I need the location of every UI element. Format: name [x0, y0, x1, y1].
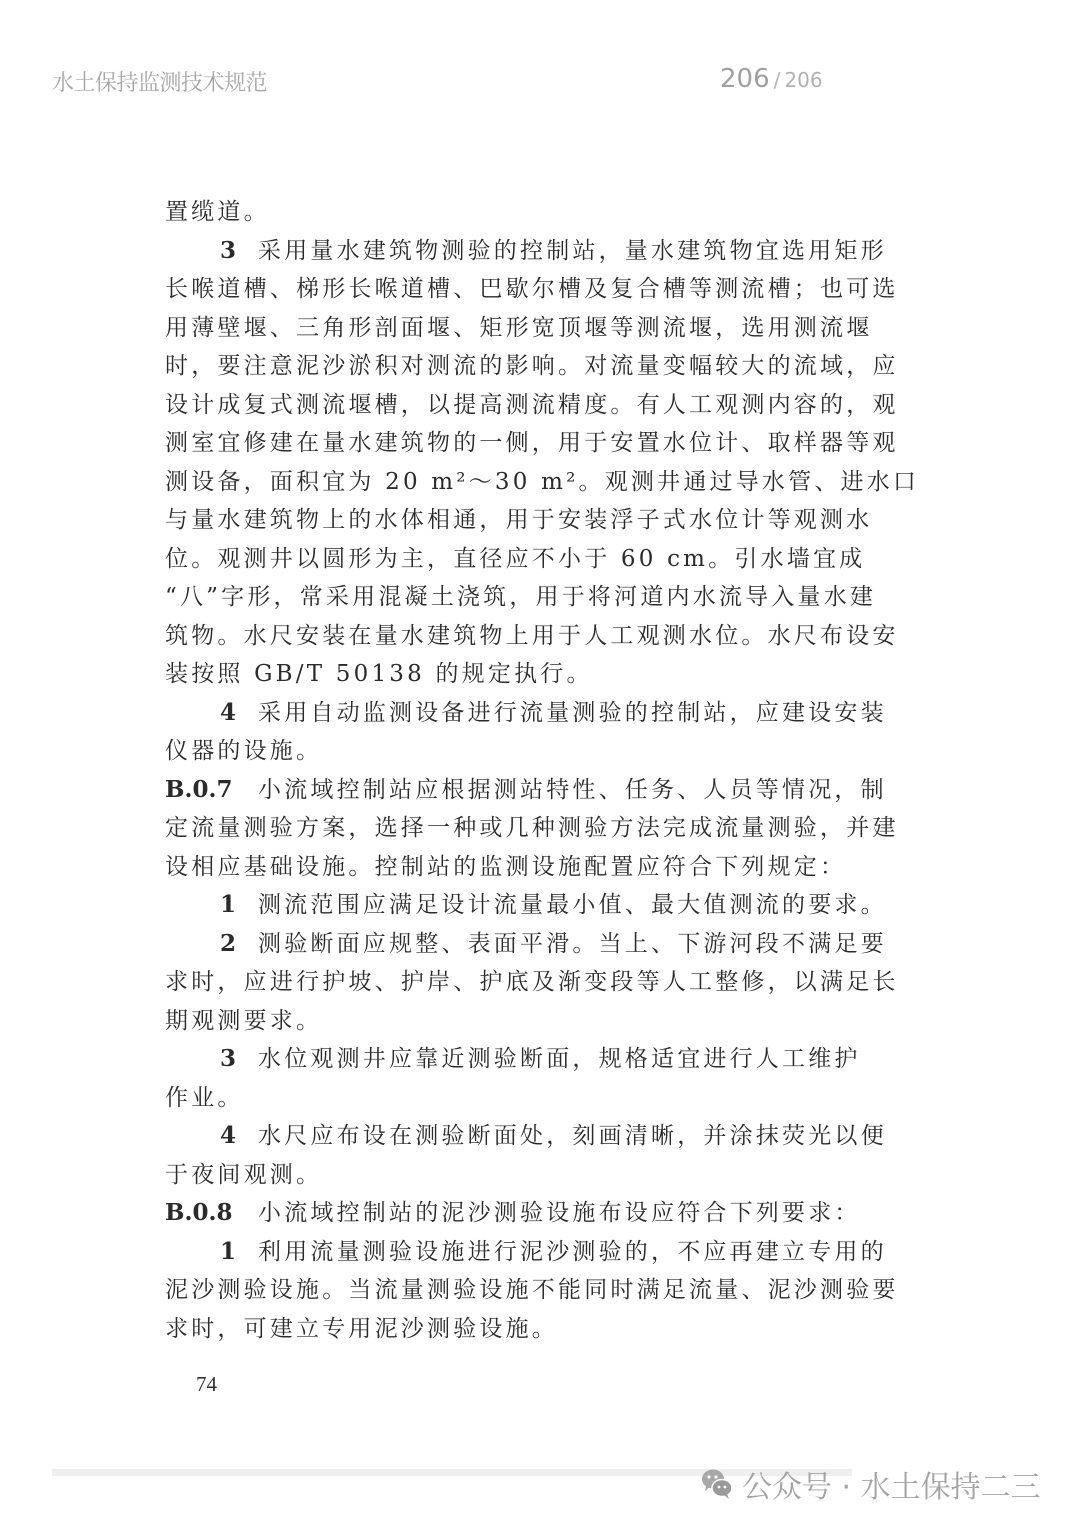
line-text: 测流范围应满足设计流量最小值、最大值测流的要求。 — [258, 892, 887, 918]
line-text: 求时，应进行护坡、护岸、护底及渐变段等人工整修，以满足长 — [165, 969, 899, 995]
text-line: 定流量测验方案，选择一种或几种测验方法完成流量测验，并建 — [165, 809, 890, 848]
text-line: 设相应基础设施。控制站的监测设施配置应符合下列规定： — [165, 848, 890, 887]
line-text: 时，要注意泥沙淤积对测流的影响。对流量变幅较大的流域，应 — [165, 353, 899, 379]
item-number: 2 — [220, 925, 258, 964]
watermark-text: 公众号 · 水土保持二三 — [742, 1462, 1041, 1506]
item-number: 3 — [220, 1040, 258, 1079]
viewer-header: 水土保持监测技术规范 206/206 — [0, 0, 1080, 140]
line-text: 于夜间观测。 — [165, 1162, 322, 1188]
line-text: 长喉道槽、梯形长喉道槽、巴歇尔槽及复合槽等测流槽；也可选 — [165, 276, 899, 302]
text-line: 置缆道。 — [165, 193, 890, 232]
wechat-watermark: 公众号 · 水土保持二三 — [700, 1462, 1041, 1506]
item-number: 3 — [220, 232, 258, 271]
item-number: 4 — [220, 694, 258, 733]
text-line: B.0.8小流域控制站的泥沙测验设施布设应符合下列要求： — [165, 1194, 890, 1233]
text-line: 求时，可建立专用泥沙测验设施。 — [165, 1310, 890, 1349]
line-text: 水尺应布设在测验断面处，刻画清晰，并涂抹荧光以便 — [258, 1123, 887, 1149]
line-text: 筑物。水尺安装在量水建筑物上用于人工观测水位。水尺布设安 — [165, 623, 899, 649]
text-line: 时，要注意泥沙淤积对测流的影响。对流量变幅较大的流域，应 — [165, 347, 890, 386]
wechat-icon — [700, 1467, 734, 1501]
text-line: 测室宜修建在量水建筑物的一侧，用于安置水位计、取样器等观 — [165, 424, 890, 463]
total-pages: 206 — [784, 68, 822, 92]
item-number: 1 — [220, 1233, 258, 1272]
text-line: 1测流范围应满足设计流量最小值、最大值测流的要求。 — [165, 886, 890, 925]
line-text: 采用自动监测设备进行流量测验的控制站，应建设安装 — [258, 700, 887, 726]
text-line: 作业。 — [165, 1079, 890, 1118]
document-page-body: 置缆道。3采用量水建筑物测验的控制站，量水建筑物宜选用矩形长喉道槽、梯形长喉道槽… — [165, 193, 890, 1348]
line-text: 置缆道。 — [165, 199, 270, 225]
text-line: 3采用量水建筑物测验的控制站，量水建筑物宜选用矩形 — [165, 232, 890, 271]
document-title: 水土保持监测技术规范 — [52, 66, 267, 97]
line-text: 装按照 GB/T 50138 的规定执行。 — [165, 661, 593, 687]
text-line: 3水位观测井应靠近测验断面，规格适宜进行人工维护 — [165, 1040, 890, 1079]
page-folio-number: 74 — [196, 1372, 217, 1397]
line-text: “八”字形，常采用混凝土浇筑，用于将河道内水流导入量水建 — [165, 584, 876, 610]
line-text: 测验断面应规整、表面平滑。当上、下游河段不满足要 — [258, 931, 887, 957]
line-text: 测设备，面积宜为 20 m²～30 m²。观测井通过导水管、进水口 — [165, 469, 919, 495]
line-text: 利用流量测验设施进行泥沙测验的，不应再建立专用的 — [258, 1239, 887, 1265]
text-line: 求时，应进行护坡、护岸、护底及渐变段等人工整修，以满足长 — [165, 963, 890, 1002]
line-text: 小流域控制站的泥沙测验设施布设应符合下列要求： — [258, 1200, 861, 1226]
line-text: 期观测要求。 — [165, 1008, 322, 1034]
line-text: 采用量水建筑物测验的控制站，量水建筑物宜选用矩形 — [258, 238, 887, 264]
text-line: 用薄壁堰、三角形剖面堰、矩形宽顶堰等测流堰，选用测流堰 — [165, 309, 890, 348]
text-line: 位。观测井以圆形为主，直径应不小于 60 cm。引水墙宜成 — [165, 540, 890, 579]
page-counter: 206/206 — [720, 64, 823, 94]
clause-number: B.0.8 — [165, 1194, 258, 1233]
line-text: 求时，可建立专用泥沙测验设施。 — [165, 1316, 558, 1342]
line-text: 设相应基础设施。控制站的监测设施配置应符合下列规定： — [165, 854, 846, 880]
line-text: 仪器的设施。 — [165, 738, 322, 764]
line-text: 设计成复式测流堰槽，以提高测流精度。有人工观测内容的，观 — [165, 392, 899, 418]
text-line: 4采用自动监测设备进行流量测验的控制站，应建设安装 — [165, 694, 890, 733]
text-line: 长喉道槽、梯形长喉道槽、巴歇尔槽及复合槽等测流槽；也可选 — [165, 270, 890, 309]
line-text: 泥沙测验设施。当流量测验设施不能同时满足流量、泥沙测验要 — [165, 1277, 899, 1303]
text-line: 1利用流量测验设施进行泥沙测验的，不应再建立专用的 — [165, 1233, 890, 1272]
text-line: 4水尺应布设在测验断面处，刻画清晰，并涂抹荧光以便 — [165, 1117, 890, 1156]
current-page-number: 206 — [720, 64, 770, 94]
line-text: 小流域控制站应根据测站特性、任务、人员等情况，制 — [258, 777, 887, 803]
text-line: 于夜间观测。 — [165, 1156, 890, 1195]
clause-number: B.0.7 — [165, 771, 258, 810]
line-text: 用薄壁堰、三角形剖面堰、矩形宽顶堰等测流堰，选用测流堰 — [165, 315, 872, 341]
text-line: “八”字形，常采用混凝土浇筑，用于将河道内水流导入量水建 — [165, 578, 890, 617]
line-text: 作业。 — [165, 1085, 244, 1111]
page-separator: / — [774, 68, 781, 92]
item-number: 4 — [220, 1117, 258, 1156]
text-line: 装按照 GB/T 50138 的规定执行。 — [165, 655, 890, 694]
line-text: 测室宜修建在量水建筑物的一侧，用于安置水位计、取样器等观 — [165, 430, 899, 456]
text-line: B.0.7小流域控制站应根据测站特性、任务、人员等情况，制 — [165, 771, 890, 810]
text-line: 筑物。水尺安装在量水建筑物上用于人工观测水位。水尺布设安 — [165, 617, 890, 656]
text-line: 测设备，面积宜为 20 m²～30 m²。观测井通过导水管、进水口 — [165, 463, 890, 502]
text-line: 设计成复式测流堰槽，以提高测流精度。有人工观测内容的，观 — [165, 386, 890, 425]
text-line: 期观测要求。 — [165, 1002, 890, 1041]
line-text: 定流量测验方案，选择一种或几种测验方法完成流量测验，并建 — [165, 815, 899, 841]
line-text: 水位观测井应靠近测验断面，规格适宜进行人工维护 — [258, 1046, 861, 1072]
text-line: 2测验断面应规整、表面平滑。当上、下游河段不满足要 — [165, 925, 890, 964]
text-line: 泥沙测验设施。当流量测验设施不能同时满足流量、泥沙测验要 — [165, 1271, 890, 1310]
line-text: 与量水建筑物上的水体相通，用于安装浮子式水位计等观测水 — [165, 507, 872, 533]
text-line: 与量水建筑物上的水体相通，用于安装浮子式水位计等观测水 — [165, 501, 890, 540]
text-line: 仪器的设施。 — [165, 732, 890, 771]
line-text: 位。观测井以圆形为主，直径应不小于 60 cm。引水墙宜成 — [165, 546, 865, 572]
item-number: 1 — [220, 886, 258, 925]
